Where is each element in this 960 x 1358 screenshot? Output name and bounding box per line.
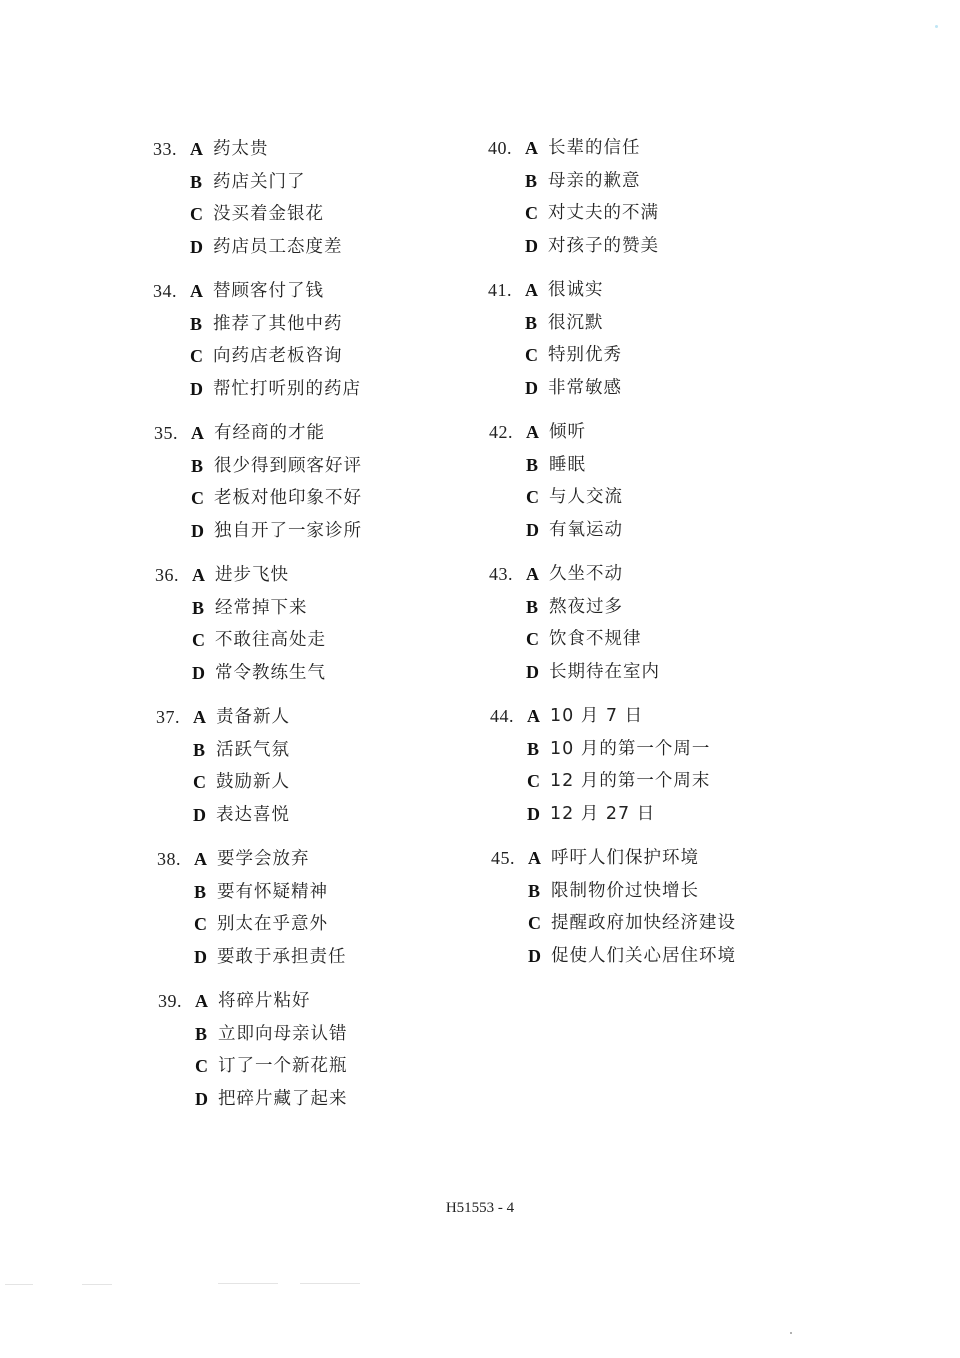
option-text: 很沉默 [548,307,604,340]
option-b[interactable]: B 很少得到顾客好评 [154,450,484,483]
option-d[interactable]: D 要敢于承担责任 [157,941,487,974]
option-text: 提醒政府加快经济建设 [551,907,736,940]
option-letter: D [195,1083,208,1116]
option-a[interactable]: 42. A 倾听 [489,416,819,449]
scan-artifact-line [5,1284,33,1285]
question-43: 43. A 久坐不动 B 熬夜过多 C 饮食不规律 D 长期待在室内 [489,558,819,688]
option-c[interactable]: C 特别优秀 [488,339,818,372]
option-text: 责备新人 [216,701,290,734]
option-b[interactable]: B 很沉默 [488,307,818,340]
option-letter: A [526,416,539,449]
option-letter: A [528,842,541,875]
option-text: 不敢往高处走 [215,624,326,657]
option-text: 替顾客付了钱 [213,275,324,308]
option-text: 订了一个新花瓶 [218,1050,348,1083]
option-letter: B [191,450,203,483]
option-letter: A [194,843,207,876]
option-c[interactable]: C 对丈夫的不满 [488,197,818,230]
option-text: 药太贵 [213,133,269,166]
question-42: 42. A 倾听 B 睡眠 C 与人交流 D 有氧运动 [489,416,819,546]
option-text: 有氧运动 [549,514,623,547]
option-text: 10 月的第一个周一 [550,733,710,766]
option-text: 限制物价过快增长 [551,875,699,908]
option-d[interactable]: D 长期待在室内 [489,656,819,689]
option-text: 10 月 7 日 [550,700,643,733]
option-text: 立即向母亲认错 [218,1018,348,1051]
question-number: 41. [488,274,512,307]
option-letter: C [193,766,206,799]
option-text: 推荐了其他中药 [213,308,343,341]
option-letter: C [190,340,203,373]
option-letter: A [525,274,538,307]
option-text: 经常掉下来 [215,592,308,625]
option-text: 向药店老板咨询 [213,340,343,373]
option-text: 别太在乎意外 [217,908,328,941]
option-letter: A [190,133,203,166]
option-d[interactable]: D 对孩子的赞美 [488,230,818,263]
option-b[interactable]: B 立即向母亲认错 [158,1018,488,1051]
option-text: 常令教练生气 [215,657,326,690]
option-b[interactable]: B 药店关门了 [153,166,483,199]
option-text: 呼吁人们保护环境 [551,842,699,875]
option-text: 要有怀疑精神 [217,876,328,909]
option-text: 倾听 [549,416,586,449]
option-d[interactable]: D 药店员工态度差 [153,231,483,264]
option-text: 有经商的才能 [214,417,325,450]
option-b[interactable]: B 熬夜过多 [489,591,819,624]
question-number: 36. [155,559,179,592]
question-34: 34. A 替顾客付了钱 B 推荐了其他中药 C 向药店老板咨询 D 帮忙打听别… [153,275,483,405]
option-letter: B [194,876,206,909]
question-number: 42. [489,416,513,449]
option-letter: C [194,908,207,941]
question-38: 38. A 要学会放弃 B 要有怀疑精神 C 别太在乎意外 D 要敢于承担责任 [157,843,487,973]
option-d[interactable]: D 12 月 27 日 [490,798,820,831]
option-text: 非常敏感 [548,372,622,405]
option-letter: C [528,907,541,940]
option-a[interactable]: 33. A 药太贵 [153,133,483,166]
question-41: 41. A 很诚实 B 很沉默 C 特别优秀 D 非常敏感 [488,274,818,404]
option-letter: A [193,701,206,734]
option-a[interactable]: 41. A 很诚实 [488,274,818,307]
option-letter: B [526,449,538,482]
scan-artifact-line [300,1283,360,1284]
option-a[interactable]: 36. A 进步飞快 [155,559,485,592]
option-letter: A [527,700,540,733]
option-text: 老板对他印象不好 [214,482,362,515]
option-d[interactable]: D 独自开了一家诊所 [154,515,484,548]
option-letter: A [191,417,204,450]
question-33: 33. A 药太贵 B 药店关门了 C 没买着金银花 D 药店员工态度差 [153,133,483,263]
option-d[interactable]: D 表达喜悦 [156,799,486,832]
option-c[interactable]: C 鼓励新人 [156,766,486,799]
question-35: 35. A 有经商的才能 B 很少得到顾客好评 C 老板对他印象不好 D 独自开… [154,417,484,547]
option-b[interactable]: B 睡眠 [489,449,819,482]
option-text: 很少得到顾客好评 [214,450,362,483]
option-d[interactable]: D 非常敏感 [488,372,818,405]
question-40: 40. A 长辈的信任 B 母亲的歉意 C 对丈夫的不满 D 对孩子的赞美 [488,132,818,262]
option-text: 12 月的第一个周末 [550,765,710,798]
question-number: 38. [157,843,181,876]
option-letter: C [525,197,538,230]
option-text: 母亲的歉意 [548,165,641,198]
option-c[interactable]: C 老板对他印象不好 [154,482,484,515]
option-a[interactable]: 35. A 有经商的才能 [154,417,484,450]
question-number: 37. [156,701,180,734]
option-b[interactable]: B 要有怀疑精神 [157,876,487,909]
option-text: 久坐不动 [549,558,623,591]
option-b[interactable]: B 推荐了其他中药 [153,308,483,341]
option-text: 进步飞快 [215,559,289,592]
option-text: 要学会放弃 [217,843,310,876]
option-letter: C [191,482,204,515]
option-a[interactable]: 37. A 责备新人 [156,701,486,734]
option-text: 把碎片藏了起来 [218,1083,348,1116]
option-c[interactable]: C 饮食不规律 [489,623,819,656]
option-b[interactable]: B 10 月的第一个周一 [490,733,820,766]
option-letter: D [190,231,203,264]
exam-page: 33. A 药太贵 B 药店关门了 C 没买着金银花 D 药店员工态度差 34.… [0,0,960,1358]
scan-artifact-line [218,1283,278,1284]
option-text: 表达喜悦 [216,799,290,832]
option-letter: D [525,372,538,405]
option-d[interactable]: D 把碎片藏了起来 [158,1083,488,1116]
option-d[interactable]: D 有氧运动 [489,514,819,547]
option-text: 要敢于承担责任 [217,941,347,974]
option-a[interactable]: 34. A 替顾客付了钱 [153,275,483,308]
option-c[interactable]: C 订了一个新花瓶 [158,1050,488,1083]
option-letter: A [525,132,538,165]
question-39: 39. A 将碎片粘好 B 立即向母亲认错 C 订了一个新花瓶 D 把碎片藏了起… [158,985,488,1115]
option-letter: D [526,656,539,689]
option-letter: D [192,657,205,690]
option-text: 长期待在室内 [549,656,660,689]
option-letter: D [528,940,541,973]
option-letter: D [193,799,206,832]
option-text: 独自开了一家诊所 [214,515,362,548]
option-c[interactable]: C 不敢往高处走 [155,624,485,657]
question-number: 45. [491,842,515,875]
option-text: 熬夜过多 [549,591,623,624]
question-44: 44. A 10 月 7 日 B 10 月的第一个周一 C 12 月的第一个周末… [490,700,820,830]
option-a[interactable]: 38. A 要学会放弃 [157,843,487,876]
option-a[interactable]: 43. A 久坐不动 [489,558,819,591]
option-letter: C [190,198,203,231]
page-footer-code: H51553 - 4 [0,1200,960,1217]
option-text: 将碎片粘好 [218,985,311,1018]
option-c[interactable]: C 别太在乎意外 [157,908,487,941]
option-letter: D [526,514,539,547]
question-number: 40. [488,132,512,165]
option-letter: B [195,1018,207,1051]
option-c[interactable]: C 与人交流 [489,481,819,514]
option-b[interactable]: B 经常掉下来 [155,592,485,625]
scan-artifact-dot [935,25,938,28]
question-36: 36. A 进步飞快 B 经常掉下来 C 不敢往高处走 D 常令教练生气 [155,559,485,689]
option-text: 特别优秀 [548,339,622,372]
option-a[interactable]: 40. A 长辈的信任 [488,132,818,165]
option-text: 药店员工态度差 [213,231,343,264]
option-text: 鼓励新人 [216,766,290,799]
option-a[interactable]: 44. A 10 月 7 日 [490,700,820,733]
option-letter: A [526,558,539,591]
option-text: 对丈夫的不满 [548,197,659,230]
option-c[interactable]: C 没买着金银花 [153,198,483,231]
option-letter: C [192,624,205,657]
option-letter: D [191,515,204,548]
option-letter: B [190,308,202,341]
question-number: 44. [490,700,514,733]
option-letter: D [525,230,538,263]
option-letter: D [194,941,207,974]
option-a[interactable]: 39. A 将碎片粘好 [158,985,488,1018]
question-number: 39. [158,985,182,1018]
option-text: 没买着金银花 [213,198,324,231]
question-45: 45. A 呼吁人们保护环境 B 限制物价过快增长 C 提醒政府加快经济建设 D… [491,842,821,972]
option-text: 睡眠 [549,449,586,482]
option-text: 长辈的信任 [548,132,641,165]
option-b[interactable]: B 活跃气氛 [156,734,486,767]
option-text: 饮食不规律 [549,623,642,656]
option-letter: C [525,339,538,372]
question-number: 34. [153,275,177,308]
question-number: 33. [153,133,177,166]
option-letter: B [525,165,537,198]
option-letter: A [195,985,208,1018]
option-c[interactable]: C 12 月的第一个周末 [490,765,820,798]
question-number: 43. [489,558,513,591]
option-letter: B [528,875,540,908]
option-letter: A [190,275,203,308]
option-letter: C [527,765,540,798]
option-a[interactable]: 45. A 呼吁人们保护环境 [491,842,821,875]
option-d[interactable]: D 促使人们关心居住环境 [491,940,821,973]
option-letter: D [190,373,203,406]
option-letter: C [195,1050,208,1083]
option-letter: B [192,592,204,625]
option-letter: C [526,481,539,514]
option-letter: B [193,734,205,767]
option-b[interactable]: B 限制物价过快增长 [491,875,821,908]
option-letter: B [527,733,539,766]
option-d[interactable]: D 常令教练生气 [155,657,485,690]
option-letter: A [192,559,205,592]
option-b[interactable]: B 母亲的歉意 [488,165,818,198]
option-text: 对孩子的赞美 [548,230,659,263]
option-text: 活跃气氛 [216,734,290,767]
option-c[interactable]: C 提醒政府加快经济建设 [491,907,821,940]
option-text: 12 月 27 日 [550,798,655,831]
option-text: 帮忙打听别的药店 [213,373,361,406]
question-37: 37. A 责备新人 B 活跃气氛 C 鼓励新人 D 表达喜悦 [156,701,486,831]
option-text: 促使人们关心居住环境 [551,940,736,973]
option-d[interactable]: D 帮忙打听别的药店 [153,373,483,406]
option-letter: D [527,798,540,831]
option-text: 与人交流 [549,481,623,514]
option-c[interactable]: C 向药店老板咨询 [153,340,483,373]
option-letter: B [525,307,537,340]
scan-artifact-dot [790,1332,792,1334]
option-letter: C [526,623,539,656]
option-letter: B [526,591,538,624]
option-text: 很诚实 [548,274,604,307]
option-letter: B [190,166,202,199]
question-number: 35. [154,417,178,450]
scan-artifact-line [82,1284,112,1285]
option-text: 药店关门了 [213,166,306,199]
